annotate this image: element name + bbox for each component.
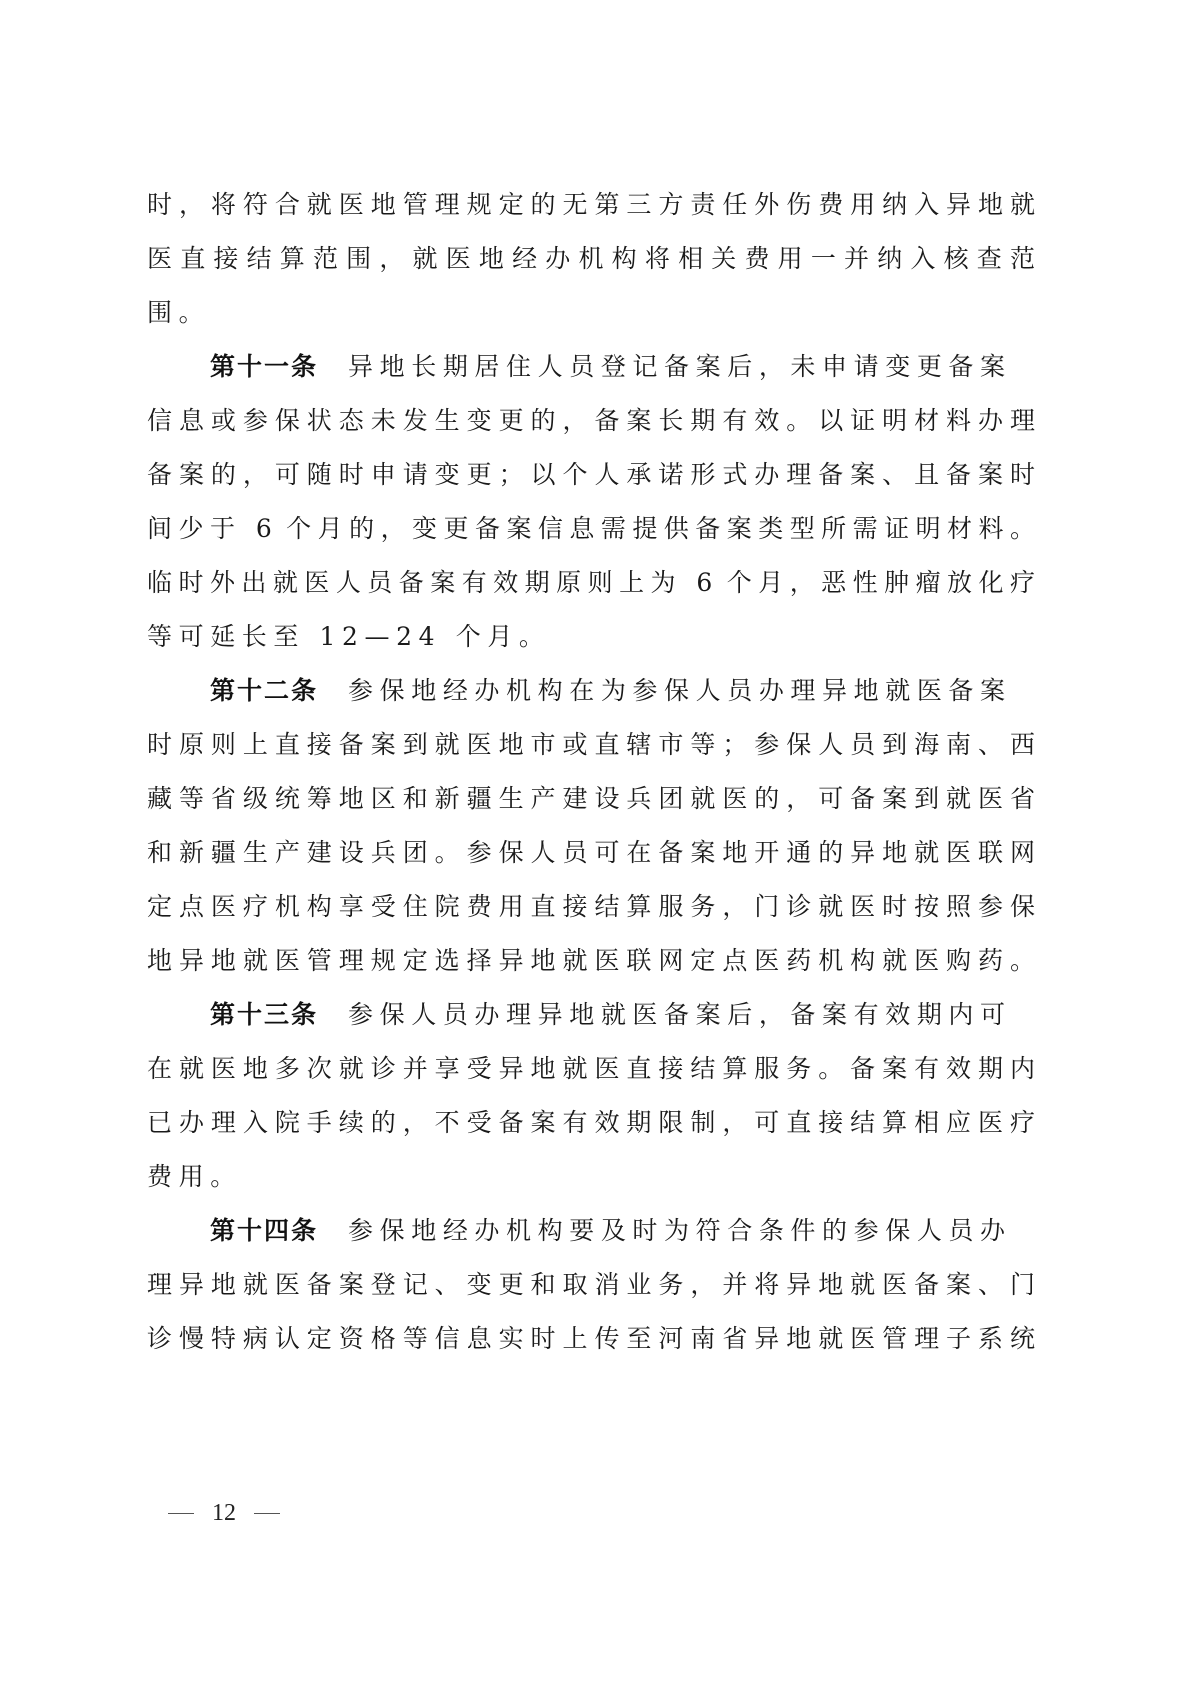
article-heading: 第十四条: [210, 1216, 318, 1245]
text-line: 和新疆生产建设兵团。参保人员可在备案地开通的异地就医联网: [147, 826, 1035, 880]
page-number: 12: [168, 1500, 280, 1527]
article-13-first-line: 第十三条参保人员办理异地就医备案后，备案有效期内可: [147, 988, 1035, 1042]
text-line: 参保地经办机构要及时为符合条件的参保人员办: [348, 1216, 1012, 1245]
text-line: 已办理入院手续的，不受备案有效期限制，可直接结算相应医疗: [147, 1096, 1035, 1150]
text-line: 藏等省级统筹地区和新疆生产建设兵团就医的，可备案到就医省: [147, 772, 1035, 826]
page-number-dash-left: [168, 1513, 194, 1514]
text-line: 信息或参保状态未发生变更的，备案长期有效。以证明材料办理: [147, 394, 1035, 448]
text-line: 地异地就医管理规定选择异地就医联网定点医药机构就医购药。: [147, 934, 1035, 988]
document-body: 时，将符合就医地管理规定的无第三方责任外伤费用纳入异地就 医直接结算范围，就医地…: [147, 178, 1035, 1366]
article-heading: 第十二条: [210, 676, 318, 705]
article-12-first-line: 第十二条参保地经办机构在为参保人员办理异地就医备案: [147, 664, 1035, 718]
text-line: 等可延长至 12—24 个月。: [147, 610, 1035, 664]
text-line: 围。: [147, 286, 1035, 340]
article-heading: 第十三条: [210, 1000, 318, 1029]
text-line: 在就医地多次就诊并享受异地就医直接结算服务。备案有效期内: [147, 1042, 1035, 1096]
text-line: 时，将符合就医地管理规定的无第三方责任外伤费用纳入异地就: [147, 178, 1035, 232]
text-line: 异地长期居住人员登记备案后，未申请变更备案: [348, 352, 1012, 381]
article-heading: 第十一条: [210, 352, 318, 381]
text-line: 参保地经办机构在为参保人员办理异地就医备案: [348, 676, 1012, 705]
article-11-first-line: 第十一条异地长期居住人员登记备案后，未申请变更备案: [147, 340, 1035, 394]
page-number-value: 12: [212, 1500, 236, 1527]
text-line: 临时外出就医人员备案有效期原则上为 6 个月，恶性肿瘤放化疗: [147, 556, 1035, 610]
article-14-first-line: 第十四条参保地经办机构要及时为符合条件的参保人员办: [147, 1204, 1035, 1258]
text-line: 时原则上直接备案到就医地市或直辖市等；参保人员到海南、西: [147, 718, 1035, 772]
text-line: 备案的，可随时申请变更；以个人承诺形式办理备案、且备案时: [147, 448, 1035, 502]
text-line: 定点医疗机构享受住院费用直接结算服务，门诊就医时按照参保: [147, 880, 1035, 934]
text-line: 参保人员办理异地就医备案后，备案有效期内可: [348, 1000, 1012, 1029]
text-line: 诊慢特病认定资格等信息实时上传至河南省异地就医管理子系统: [147, 1312, 1035, 1366]
text-line: 间少于 6 个月的，变更备案信息需提供备案类型所需证明材料。: [147, 502, 1035, 556]
text-line: 费用。: [147, 1150, 1035, 1204]
text-line: 理异地就医备案登记、变更和取消业务，并将异地就医备案、门: [147, 1258, 1035, 1312]
page-number-dash-right: [254, 1513, 280, 1514]
text-line: 医直接结算范围，就医地经办机构将相关费用一并纳入核查范: [147, 232, 1035, 286]
